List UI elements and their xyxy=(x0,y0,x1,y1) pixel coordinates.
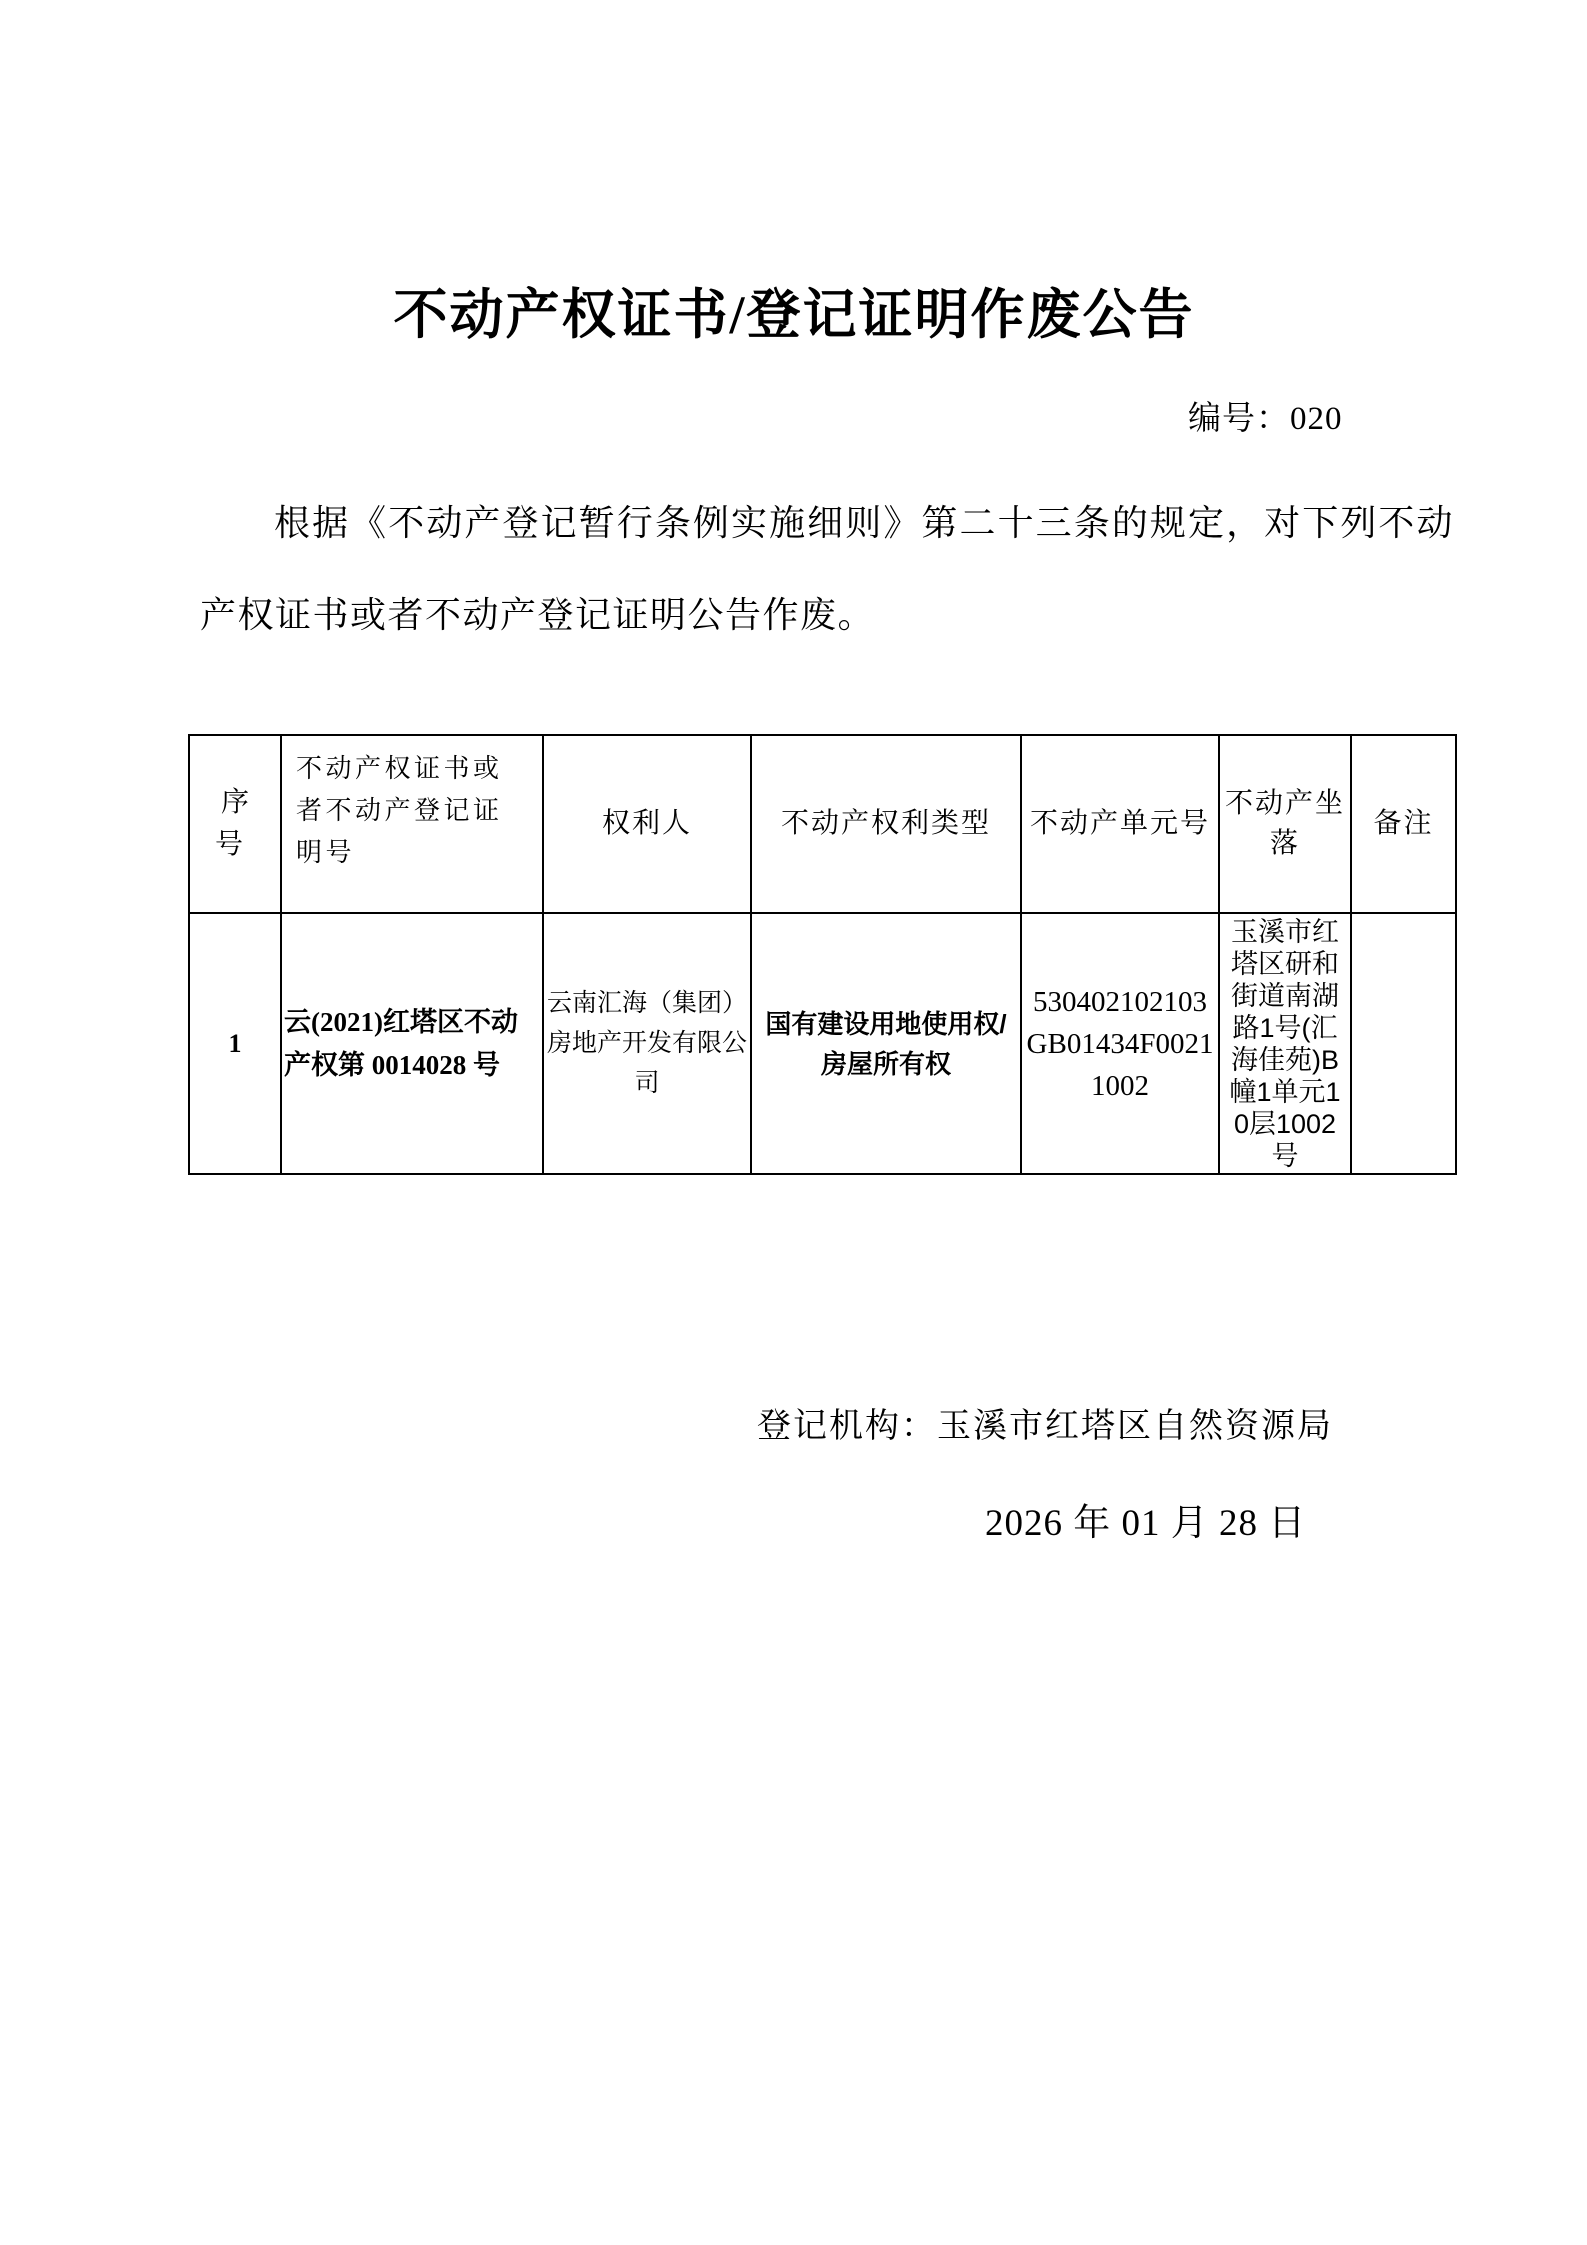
agency-label: 登记机构： xyxy=(757,1408,937,1445)
cell-right-type: 国有建设用地使用权/房屋所有权 xyxy=(751,913,1021,1174)
header-remark: 备注 xyxy=(1351,735,1456,913)
doc-number: 编号：020 xyxy=(1188,392,1343,439)
header-unit-no: 不动产单元号 xyxy=(1021,735,1219,913)
cell-location: 玉溪市红塔区研和街道南湖路1号(汇海佳苑)B幢1单元10层1002号 xyxy=(1219,913,1351,1174)
cell-holder: 云南汇海（集团）房地产开发有限公司 xyxy=(543,913,751,1174)
cell-unit-no: 530402102103GB01434F00211002 xyxy=(1021,913,1219,1174)
notice-page: 不动产权证书/登记证明作废公告 编号：020 根据《不动产登记暂行条例实施细则》… xyxy=(0,0,1587,2245)
cell-seq: 1 xyxy=(189,913,281,1174)
doc-number-value: 020 xyxy=(1290,401,1343,437)
body-paragraph: 根据《不动产登记暂行条例实施细则》第二十三条的规定，对下列不动产权证书或者不动产… xyxy=(200,477,1454,661)
header-location: 不动产坐落 xyxy=(1219,735,1351,913)
cell-cert-no: 云(2021)红塔区不动产权第 0014028 号 xyxy=(281,913,543,1174)
table-row: 1 云(2021)红塔区不动产权第 0014028 号 云南汇海（集团）房地产开… xyxy=(189,913,1456,1174)
page-title: 不动产权证书/登记证明作废公告 xyxy=(133,272,1455,349)
certificates-table: 序号 不动产权证书或者不动产登记证明号 权利人 不动产权利类型 不动产单元号 不… xyxy=(188,734,1457,1175)
registration-agency-line: 登记机构：玉溪市红塔区自然资源局 xyxy=(757,1398,1333,1447)
issue-date: 2026 年 01 月 28 日 xyxy=(985,1492,1306,1546)
cell-remark xyxy=(1351,913,1456,1174)
header-cert-no: 不动产权证书或者不动产登记证明号 xyxy=(281,735,543,913)
agency-name: 玉溪市红塔区自然资源局 xyxy=(937,1408,1333,1445)
header-right-type: 不动产权利类型 xyxy=(751,735,1021,913)
header-holder: 权利人 xyxy=(543,735,751,913)
header-seq: 序号 xyxy=(189,735,281,913)
doc-number-label: 编号： xyxy=(1188,401,1290,437)
table-header-row: 序号 不动产权证书或者不动产登记证明号 权利人 不动产权利类型 不动产单元号 不… xyxy=(189,735,1456,913)
